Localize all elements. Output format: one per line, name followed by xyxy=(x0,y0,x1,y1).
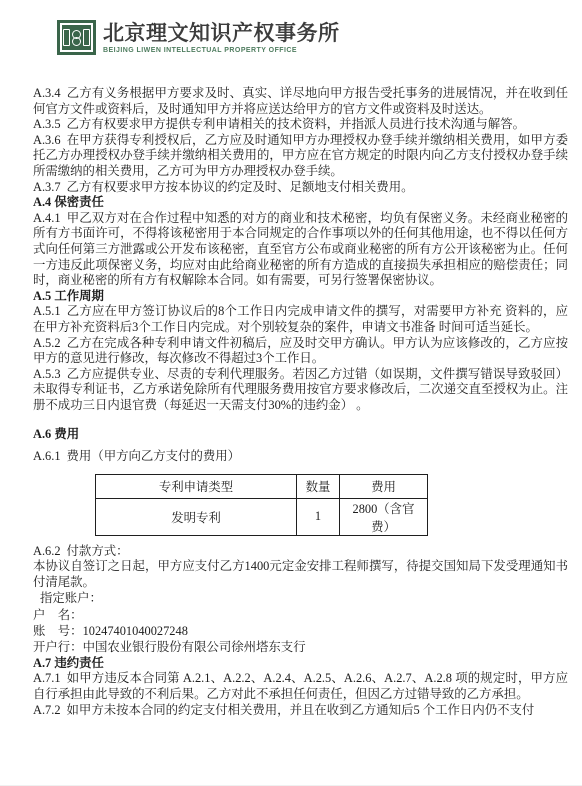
clause-number: A.6.2 xyxy=(33,544,61,558)
contract-body: A.3.4乙方有义务根据甲方要求及时、真实、详尽地向甲方报告受托事务的进展情况，… xyxy=(33,86,568,718)
clause-text: 付款方式： xyxy=(67,544,129,558)
clause-number: A.5.2 xyxy=(33,336,61,350)
brand-text: 北京理文知识产权事务所 BEIJING LIWEN INTELLECTUAL P… xyxy=(103,20,340,54)
clause-number: A.6.1 xyxy=(33,449,61,463)
logo-right-bracket-shape xyxy=(83,29,90,46)
clause-a-6-2: A.6.2付款方式： xyxy=(33,544,568,560)
fee-table-header-row: 专利申请类型 数量 费用 xyxy=(96,474,428,498)
section-heading-a5: A.5 工作周期 xyxy=(33,289,568,305)
fee-table-header-qty: 数量 xyxy=(297,474,340,498)
account-number-value: 10247401040027248 xyxy=(83,624,188,638)
bank-branch-label: 开户行： xyxy=(33,640,83,654)
clause-a-6-1: A.6.1费用（甲方向乙方支付的费用） xyxy=(33,449,568,465)
fee-table-header-type: 专利申请类型 xyxy=(96,474,297,498)
clause-number: A.3.4 xyxy=(33,86,61,100)
section-heading-a6: A.6 费用 xyxy=(33,427,568,443)
clause-text: 如甲方未按本合同的约定支付相关费用，并且在收到乙方通知后5 个工作日内仍不支付 xyxy=(67,703,535,717)
section-heading-a7: A.7 违约责任 xyxy=(33,655,568,671)
clause-number: A.5.1 xyxy=(33,304,61,318)
company-name-en: BEIJING LIWEN INTELLECTUAL PROPERTY OFFI… xyxy=(103,47,340,54)
payment-terms-text: 本协议自签订之日起，甲方应支付乙方1400元定金安排工程师撰写，待提交国知局下发… xyxy=(33,559,568,590)
clause-number: A.7.1 xyxy=(33,671,61,685)
clause-a-3-5: A.3.5乙方有权要求甲方提供专利申请相关的技术资料，并指派人员进行技术沟通与解… xyxy=(33,117,568,133)
fee-table-row: 发明专利 1 2800（含官费） xyxy=(96,498,428,535)
document-page: 北京理文知识产权事务所 BEIJING LIWEN INTELLECTUAL P… xyxy=(0,0,582,786)
fee-table: 专利申请类型 数量 费用 发明专利 1 2800（含官费） xyxy=(95,474,428,536)
clause-number: A.3.5 xyxy=(33,117,61,131)
clause-number: A.7.2 xyxy=(33,703,61,717)
clause-a-3-6: A.3.6在甲方获得专利授权后，乙方应及时通知甲方办理授权办登手续并缴纳相关费用… xyxy=(33,133,568,180)
clause-text: 如甲方违反本合同第 A.2.1、A.2.2、A.2.4、A.2.5、A.2.6、… xyxy=(33,671,568,701)
clause-a-4-1: A.4.1甲乙双方对在合作过程中知悉的对方的商业和技术秘密，均负有保密义务。未经… xyxy=(33,211,568,289)
clause-a-7-1: A.7.1如甲方违反本合同第 A.2.1、A.2.2、A.2.4、A.2.5、A… xyxy=(33,671,568,702)
clause-a-5-3: A.5.3乙方应提供专业、尽责的专利代理服务。若因乙方过错（如误期，文件撰写错误… xyxy=(33,367,568,414)
clause-text: 在甲方获得专利授权后，乙方应及时通知甲方办理授权办登手续并缴纳相关费用，如甲方委… xyxy=(33,133,568,178)
clause-text: 乙方有义务根据甲方要求及时、真实、详尽地向甲方报告受托事务的进展情况，并在收到任… xyxy=(33,86,568,116)
company-name-cn: 北京理文知识产权事务所 xyxy=(103,21,340,45)
fee-table-header-fee: 费用 xyxy=(340,474,428,498)
clause-text: 乙方应提供专业、尽责的专利代理服务。若因乙方过错（如误期，文件撰写错误导致驳回）… xyxy=(33,367,568,412)
clause-number: A.3.6 xyxy=(33,133,61,147)
clause-text: 乙方有权要求甲方按本协议的约定及时、足额地支付相关费用。 xyxy=(67,180,414,194)
fee-cell-type: 发明专利 xyxy=(96,498,297,535)
bank-branch-value: 中国农业银行股份有限公司徐州塔东支行 xyxy=(83,640,306,654)
account-holder-label: 户 名： xyxy=(33,608,83,622)
bank-branch-line: 开户行：中国农业银行股份有限公司徐州塔东支行 xyxy=(33,639,568,655)
logo-eight-shape xyxy=(72,30,81,46)
fee-cell-qty: 1 xyxy=(297,498,340,535)
clause-text: 费用（甲方向乙方支付的费用） xyxy=(67,449,240,463)
clause-number: A.5.3 xyxy=(33,367,61,381)
clause-text: 乙方应在甲方签订协议后的8个工作日内完成申请文件的撰写，对需要甲方补充 资料的，… xyxy=(33,304,568,334)
clause-a-5-1: A.5.1乙方应在甲方签订协议后的8个工作日内完成申请文件的撰写，对需要甲方补充… xyxy=(33,304,568,335)
account-number-label: 账 号： xyxy=(33,624,83,638)
letterhead: 北京理文知识产权事务所 BEIJING LIWEN INTELLECTUAL P… xyxy=(57,20,568,58)
clause-a-7-2: A.7.2如甲方未按本合同的约定支付相关费用，并且在收到乙方通知后5 个工作日内… xyxy=(33,703,568,719)
clause-text: 乙方有权要求甲方提供专利申请相关的技术资料，并指派人员进行技术沟通与解答。 xyxy=(67,117,525,131)
fee-cell-fee: 2800（含官费） xyxy=(340,498,428,535)
clause-text: 甲乙双方对在合作过程中知悉的对方的商业和技术秘密，均负有保密义务。未经商业秘密的… xyxy=(33,211,568,287)
account-number-line: 账 号：10247401040027248 xyxy=(33,623,568,639)
clause-number: A.4.1 xyxy=(33,211,61,225)
clause-a-5-2: A.5.2乙方在完成各种专利申请文件初稿后，应及时交甲方确认。甲方认为应该修改的… xyxy=(33,336,568,367)
section-heading-a4: A.4 保密责任 xyxy=(33,195,568,211)
account-holder-line: 户 名： xyxy=(33,607,568,623)
clause-text: 乙方在完成各种专利申请文件初稿后，应及时交甲方确认。甲方认为应该修改的，乙方应按… xyxy=(33,336,568,366)
clause-number: A.3.7 xyxy=(33,180,61,194)
company-logo-icon xyxy=(57,20,96,55)
clause-a-3-4: A.3.4乙方有义务根据甲方要求及时、真实、详尽地向甲方报告受托事务的进展情况，… xyxy=(33,86,568,117)
clause-a-3-7: A.3.7乙方有权要求甲方按本协议的约定及时、足额地支付相关费用。 xyxy=(33,180,568,196)
logo-left-bracket-shape xyxy=(63,29,70,46)
designated-account-label: 指定账户： xyxy=(33,590,568,606)
